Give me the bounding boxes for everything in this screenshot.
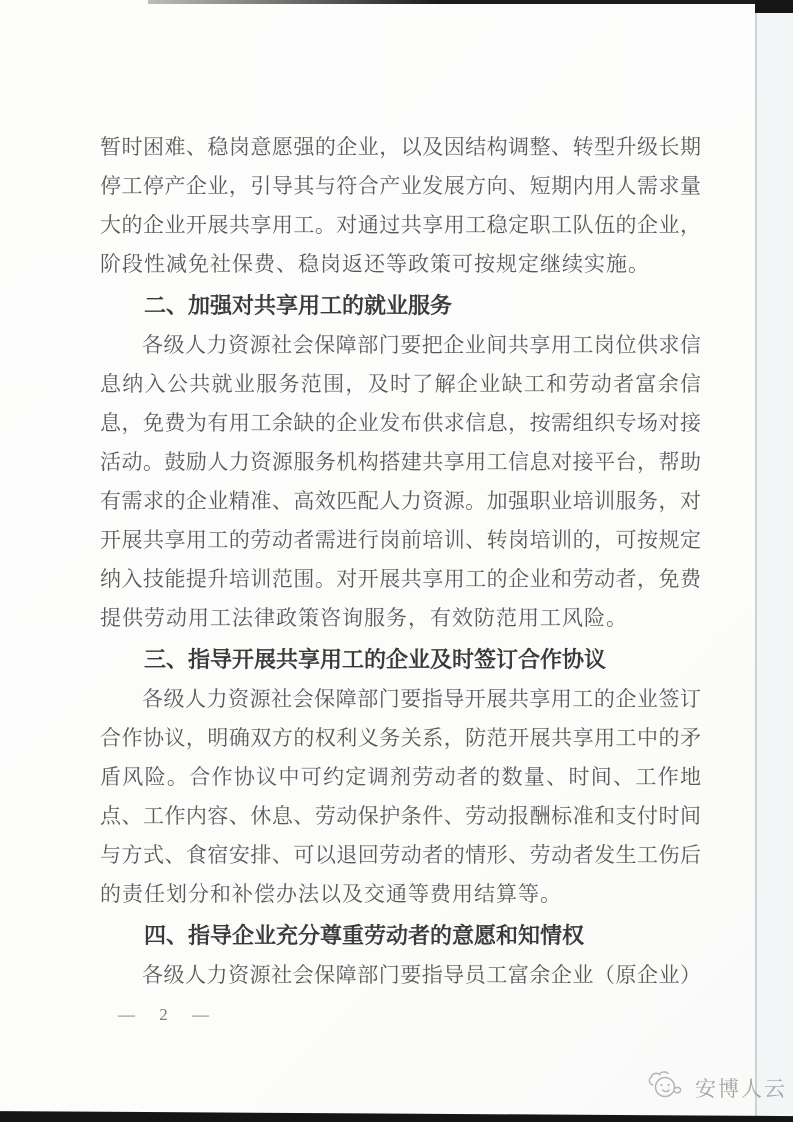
text-line: 与方式、食宿安排、可以退回劳动者的情形、劳动者发生工伤后 <box>100 836 701 875</box>
scan-top-right-corner <box>755 0 793 13</box>
watermark-text: 安博人云 <box>695 1073 787 1103</box>
cloud-mascot-icon <box>646 1069 690 1108</box>
text-line: 有需求的企业精准、高效匹配人力资源。加强职业培训服务，对 <box>100 482 701 521</box>
text-line: 停工停产企业，引导其与符合产业发展方向、短期内用人需求量 <box>100 167 701 206</box>
text-line: 盾风险。合作协议中可约定调剂劳动者的数量、时间、工作地 <box>100 758 701 797</box>
text-line: 开展共享用工的劳动者需进行岗前培训、转岗培训的，可按规定 <box>100 521 701 560</box>
text-line: 息纳入公共就业服务范围，及时了解企业缺工和劳动者富余信 <box>100 365 701 404</box>
watermark: 安博人云 <box>646 1070 786 1106</box>
text-line: 息，免费为有用工余缺的企业发布供求信息，按需组织专场对接 <box>100 404 701 443</box>
section-heading: 四、指导企业充分尊重劳动者的意愿和知情权 <box>100 916 701 955</box>
text-line: 暂时困难、稳岗意愿强的企业，以及因结构调整、转型升级长期 <box>100 128 701 167</box>
scan-bottom-bar <box>0 1108 793 1122</box>
text-line: 活动。鼓励人力资源服务机构搭建共享用工信息对接平台，帮助 <box>100 443 701 482</box>
document-body: 暂时困难、稳岗意愿强的企业，以及因结构调整、转型升级长期停工停产企业，引导其与符… <box>100 128 701 1034</box>
scanned-page: 暂时困难、稳岗意愿强的企业，以及因结构调整、转型升级长期停工停产企业，引导其与符… <box>0 0 793 1122</box>
text-line: 各级人力资源社会保障部门要指导员工富余企业（原企业） <box>100 956 701 995</box>
scan-right-margin <box>757 13 793 1122</box>
text-line: 的责任划分和补偿办法以及交通等费用结算等。 <box>100 875 701 914</box>
section-heading: 二、加强对共享用工的就业服务 <box>100 286 701 325</box>
text-line: 大的企业开展共享用工。对通过共享用工稳定职工队伍的企业， <box>100 206 701 245</box>
text-line: 合作协议，明确双方的权利义务关系，防范开展共享用工中的矛 <box>100 719 701 758</box>
text-line: 各级人力资源社会保障部门要指导开展共享用工的企业签订 <box>100 680 701 719</box>
section-heading: 三、指导开展共享用工的企业及时签订合作协议 <box>100 640 701 679</box>
scan-top-edge <box>148 0 793 4</box>
text-line: 各级人力资源社会保障部门要把企业间共享用工岗位供求信 <box>100 326 701 365</box>
page-number: — 2 — <box>100 995 701 1034</box>
text-line: 阶段性减免社保费、稳岗返还等政策可按规定继续实施。 <box>100 245 701 284</box>
text-line: 纳入技能提升培训范围。对开展共享用工的企业和劳动者，免费 <box>100 560 701 599</box>
text-line: 提供劳动用工法律政策咨询服务，有效防范用工风险。 <box>100 599 701 638</box>
text-line: 点、工作内容、休息、劳动保护条件、劳动报酬标准和支付时间 <box>100 797 701 836</box>
